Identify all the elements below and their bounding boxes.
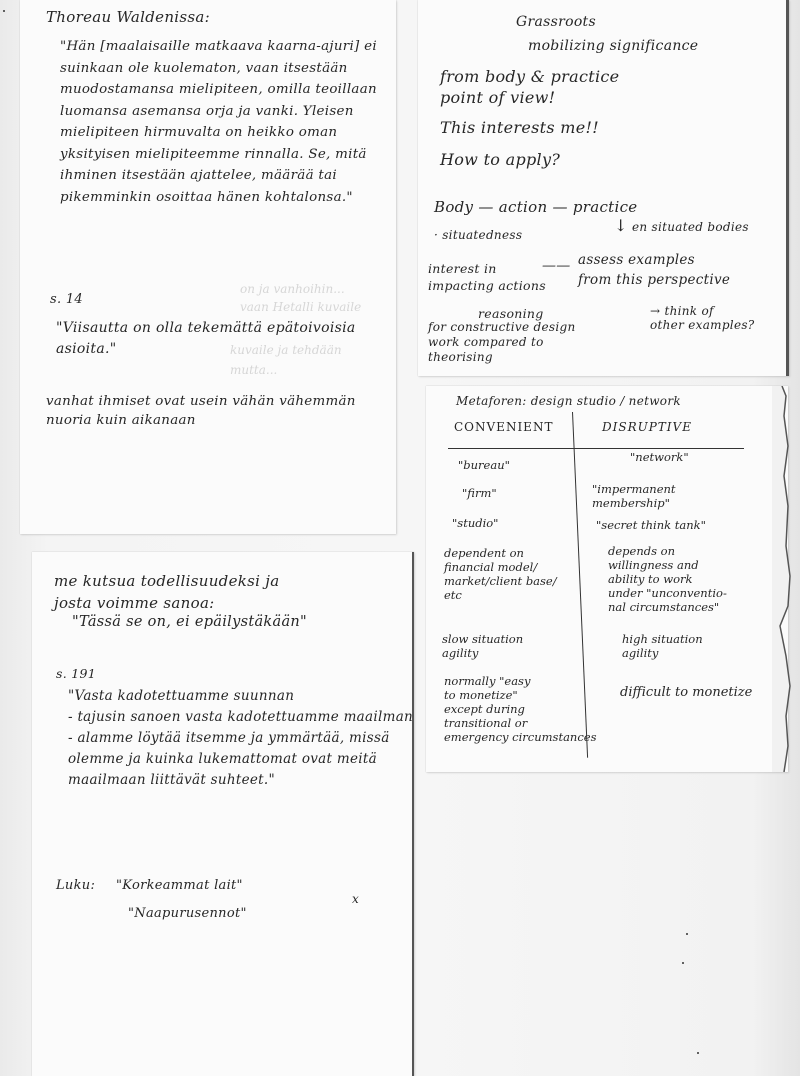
text-interests-me: This interests me!! — [440, 118, 599, 137]
table-cell: "studio" — [452, 516, 498, 530]
torn-edge-icon — [772, 386, 794, 772]
text-situatedness: · situatedness — [434, 228, 522, 242]
table-cell: depends on willingness and ability to wo… — [608, 544, 727, 614]
text-how-to-apply: How to apply? — [440, 150, 560, 169]
table-cell: difficult to monetize — [620, 686, 752, 700]
table-cell: slow situation agility — [442, 632, 523, 660]
chapter-title: "Korkeammat lait" — [116, 878, 243, 893]
table-cell: "firm" — [462, 486, 497, 500]
scan-speck — [3, 10, 5, 12]
chapter-title: "Naapurusennot" — [128, 906, 247, 921]
quote-wisdom: "Viisautta on olla tekemättä epätoivoisi… — [56, 318, 386, 360]
column-header-convenient: CONVENIENT — [454, 420, 553, 434]
text-other-examples: → think of other examples? — [650, 304, 755, 332]
note-old-people: vanhat ihmiset ovat usein vähän vähemmän… — [46, 392, 386, 430]
column-header-disruptive: DISRUPTIVE — [602, 420, 692, 434]
text-constructive-design: for constructive design work compared to… — [428, 320, 576, 365]
note-card-reality: me kutsua todellisuudeksi ja josta voimm… — [32, 552, 414, 1076]
heading-grassroots: Grassroots — [516, 14, 596, 30]
page-reference: s. 191 — [56, 666, 96, 681]
note-card-grassroots: Grassroots mobilizing significance from … — [418, 0, 789, 376]
text-body-practice-view: from body & practice point of view! — [440, 66, 619, 108]
connector-dash: —— — [542, 258, 571, 274]
scan-speck — [697, 1052, 699, 1054]
chapter-label: Luku: — [56, 878, 95, 893]
note-card-thoreau: on ja vanhoihin... vaan Hetalli kuvaile … — [20, 0, 396, 534]
table-cell: high situation agility — [622, 632, 703, 660]
note-card-metaphor-table: Metaforen: design studio / network CONVE… — [426, 386, 788, 772]
table-cell: dependent on financial model/ market/cli… — [444, 546, 557, 602]
table-cell: "impermanent membership" — [592, 482, 676, 510]
scan-speck — [682, 962, 684, 964]
bleed-through-text: on ja vanhoihin... vaan Hetalli kuvaile — [240, 280, 361, 316]
table-cell: "bureau" — [458, 458, 510, 472]
heading-mobilizing: mobilizing significance — [528, 38, 698, 54]
table-cell: "secret think tank" — [596, 518, 706, 532]
quote-walden: "Hän [maalaisaille matkaava kaarna-ajuri… — [60, 36, 390, 208]
table-divider-horizontal — [448, 448, 744, 449]
quote-lost-world: "Vasta kadotettuamme suunnan - tajusin s… — [68, 686, 418, 791]
page-reference: s. 14 — [50, 292, 83, 307]
text-interest-in: interest in impacting actions — [428, 260, 546, 294]
text-situated-bodies: en situated bodies — [632, 220, 749, 234]
text-assess-examples: assess examples from this perspective — [578, 250, 730, 290]
note-heading: Metaforen: design studio / network — [456, 394, 681, 408]
arrow-down-icon: ↓ — [614, 216, 628, 235]
x-mark: x — [352, 892, 359, 906]
table-cell: normally "easy to monetize" except durin… — [444, 674, 596, 744]
note-title: Thoreau Waldenissa: — [46, 8, 210, 26]
quote-here-it-is: "Tässä se on, ei epäilystäkään" — [72, 614, 307, 630]
scan-speck — [686, 933, 688, 935]
table-cell: "network" — [630, 450, 689, 464]
text-reality-intro: me kutsua todellisuudeksi ja josta voimm… — [54, 570, 280, 614]
text-reasoning: reasoning — [478, 306, 544, 321]
text-body-action-practice: Body — action — practice — [434, 198, 637, 216]
